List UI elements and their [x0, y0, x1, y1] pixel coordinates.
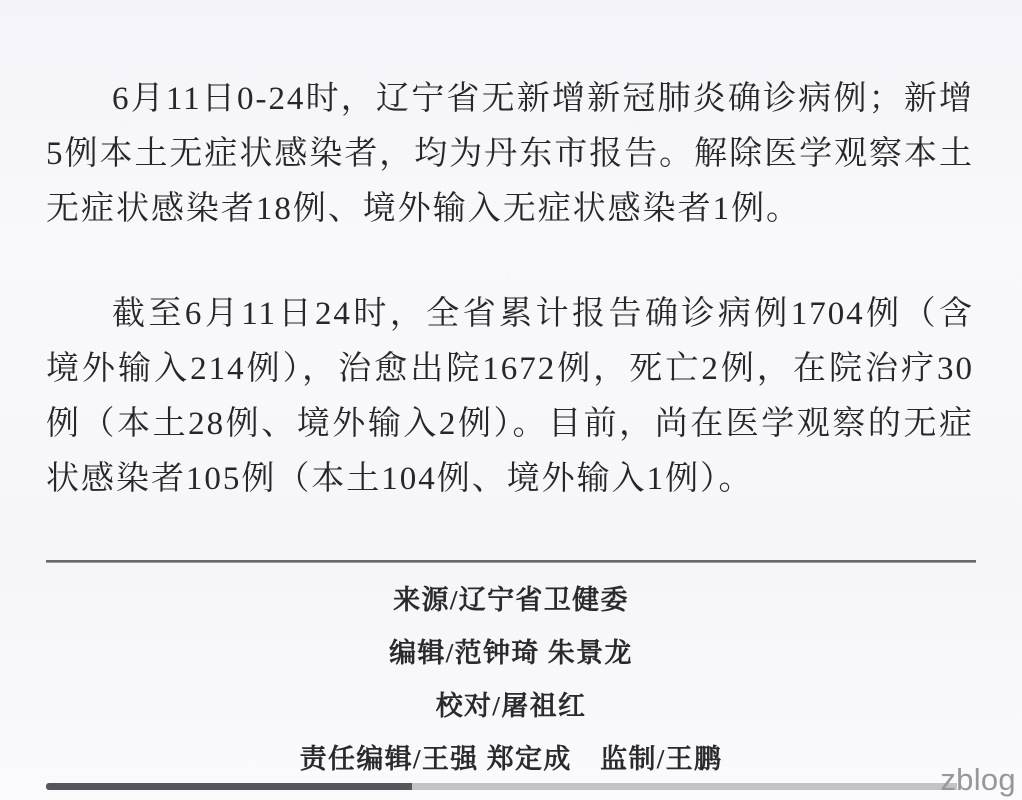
- bottom-bar-dark-segment: [46, 783, 412, 790]
- zblog-watermark: zblog: [940, 762, 1016, 798]
- credits-section: 来源/辽宁省卫健委 编辑/范钟琦 朱景龙 校对/屠祖红 责任编辑/王强 郑定成 …: [0, 574, 1022, 786]
- article-paragraph-1: 6月11日0-24时，辽宁省无新增新冠肺炎确诊病例；新增5例本土无症状感染者，均…: [46, 72, 974, 237]
- credit-proofreader-line: 校对/屠祖红: [0, 680, 1022, 733]
- bottom-bar-light-segment: [412, 783, 957, 790]
- credits-divider: [46, 560, 976, 563]
- credit-editor-line: 编辑/范钟琦 朱景龙: [0, 627, 1022, 680]
- credit-source-line: 来源/辽宁省卫健委: [0, 574, 1022, 627]
- article-page: 6月11日0-24时，辽宁省无新增新冠肺炎确诊病例；新增5例本土无症状感染者，均…: [0, 0, 1022, 800]
- article-paragraph-2: 截至6月11日24时，全省累计报告确诊病例1704例（含境外输入214例），治愈…: [46, 287, 974, 507]
- credit-chief-editor-line: 责任编辑/王强 郑定成 监制/王鹏: [0, 733, 1022, 786]
- bottom-progress-bar: [0, 783, 1022, 790]
- article-body: 6月11日0-24时，辽宁省无新增新冠肺炎确诊病例；新增5例本土无症状感染者，均…: [46, 72, 974, 557]
